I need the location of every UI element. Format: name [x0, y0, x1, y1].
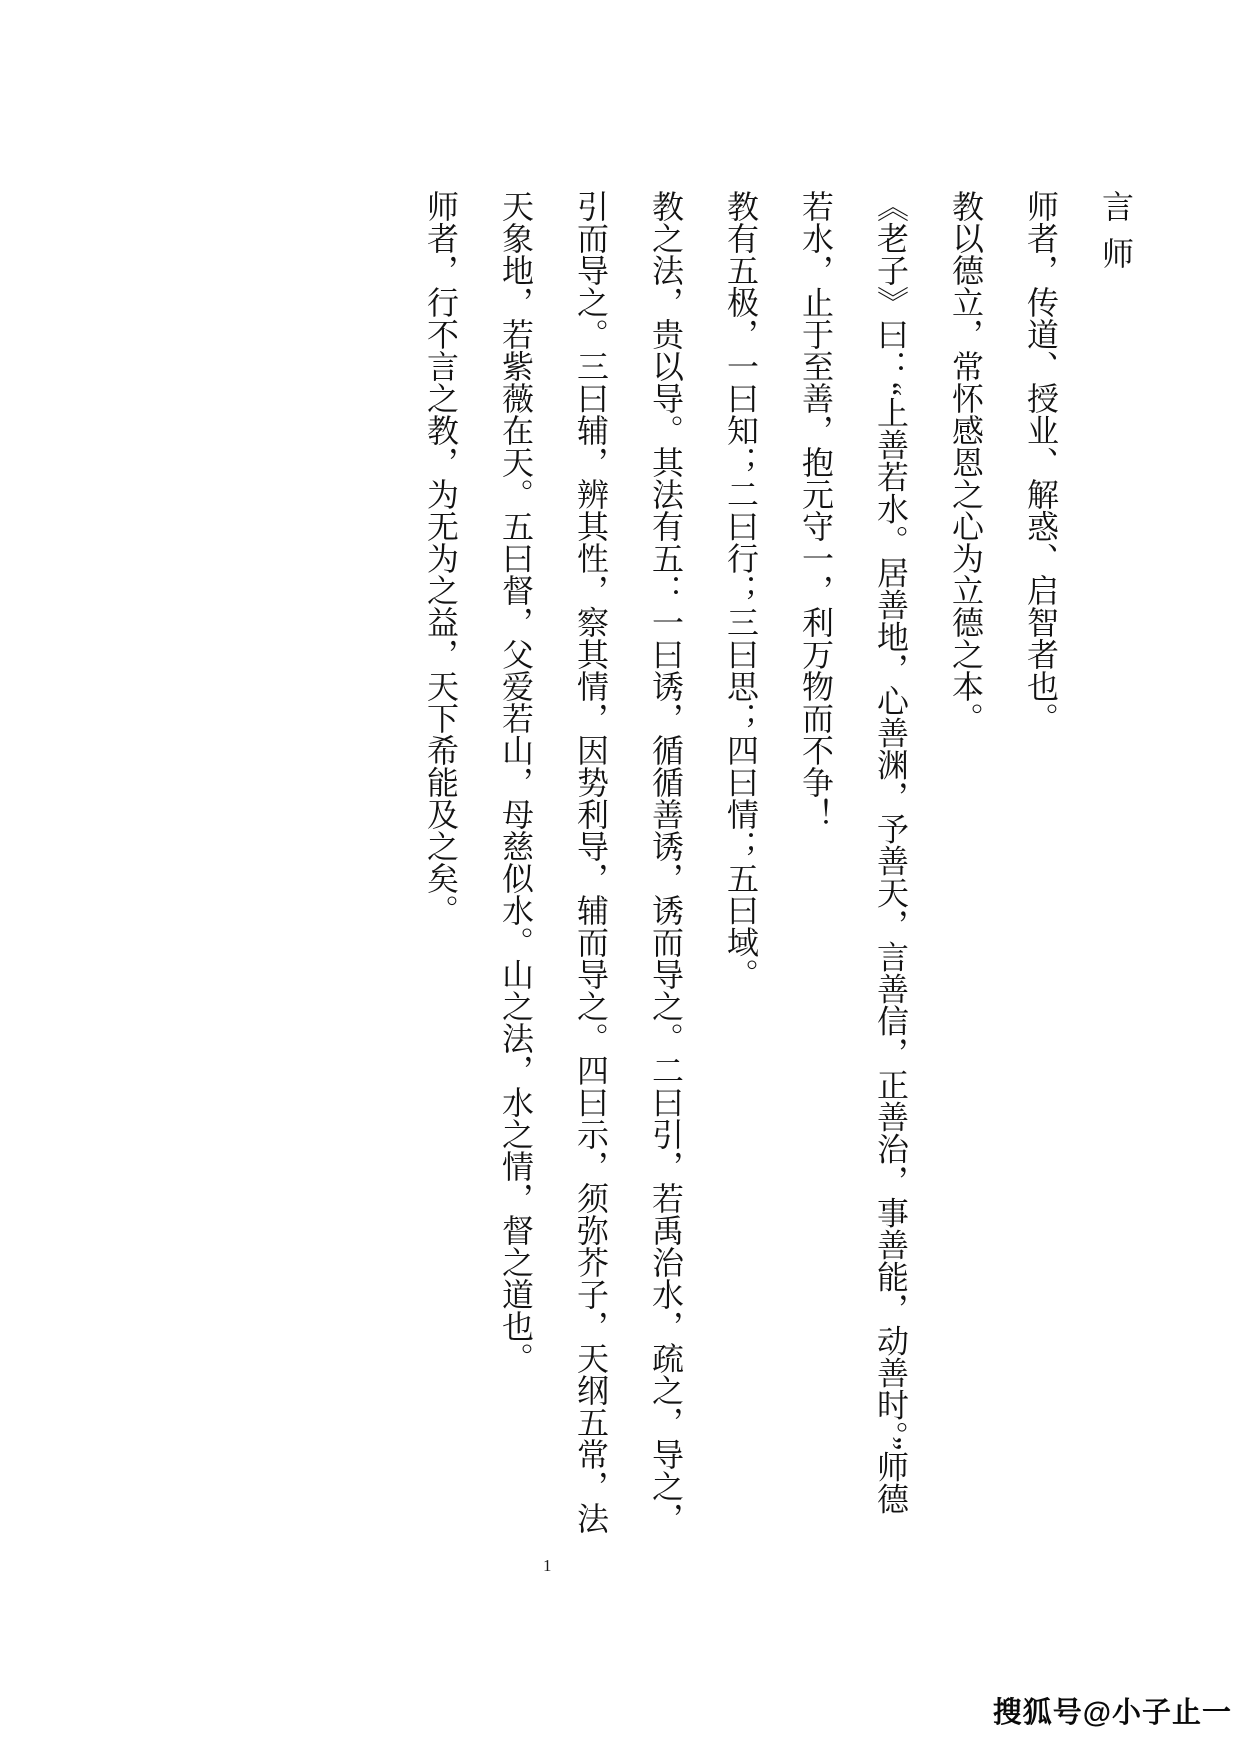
paragraph-five-methods: 教之法，贵以导。其法有五：一曰诱，循循善诱，诱而导之。二曰引，若禹治水，疏之，导…	[478, 190, 703, 1542]
document-body: 言师 师者，传道、授业、解惑、启智者也。 教以德立，常怀感恩之心为立德之本。 《…	[403, 190, 1153, 1542]
paragraph-virtue: 教以德立，常怀感恩之心为立德之本。	[928, 190, 1003, 1542]
paragraph-closing: 师者，行不言之教，为无为之益，天下希能及之矣。	[403, 190, 478, 1542]
page-number: 1	[543, 1556, 552, 1576]
paragraph-laozi-quote: 《老子》曰：“上善若水。居善地，心善渊，予善天，言善信，正善治，事善能，动善时。…	[778, 190, 928, 1542]
paragraph-five-extremes: 教有五极，一曰知；二曰行；三曰思；四曰情；五曰域。	[703, 190, 778, 1542]
paragraph-teacher-definition: 师者，传道、授业、解惑、启智者也。	[1003, 190, 1078, 1542]
page-title: 言师	[1078, 190, 1153, 1542]
watermark-sohu-account: 搜狐号@小子止一	[993, 1690, 1232, 1731]
document-page: 言师 师者，传道、授业、解惑、启智者也。 教以德立，常怀感恩之心为立德之本。 《…	[0, 0, 1240, 1754]
